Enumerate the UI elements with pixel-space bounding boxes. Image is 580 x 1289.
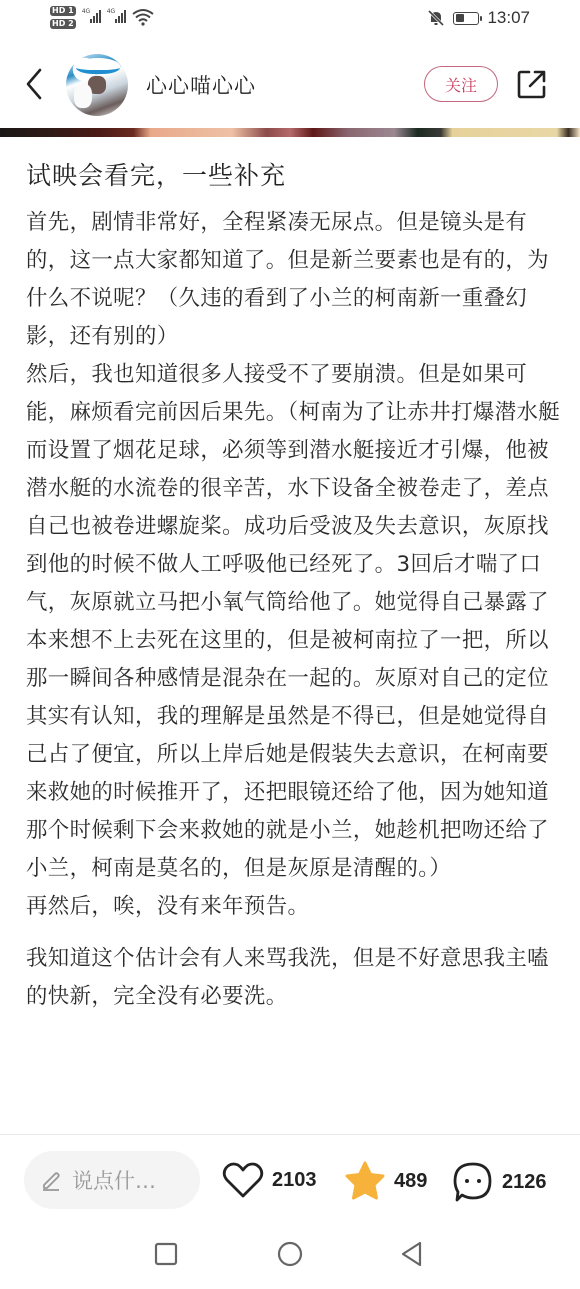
status-right: 13:07 — [427, 8, 530, 28]
username[interactable]: 心心喵心心 — [146, 70, 256, 100]
network-label: 4G — [107, 8, 115, 15]
paragraph: 然后，我也知道很多人接受不了要崩溃。但是如果可能，麻烦看完前因后果先。（柯南为了… — [26, 356, 562, 888]
wifi-icon — [132, 8, 154, 26]
status-left: HD 1 HD 2 4G 4G — [50, 6, 154, 29]
mute-bell-icon — [427, 9, 445, 27]
status-bar: HD 1 HD 2 4G 4G 13:07 — [0, 0, 580, 44]
signal-icon: 4G — [82, 10, 101, 23]
like-button[interactable]: 2103 — [222, 1161, 317, 1199]
favorite-count: 489 — [394, 1170, 427, 1193]
heart-icon — [222, 1161, 264, 1199]
post-title: 试映会看完，一些补充 — [26, 156, 286, 192]
sim2-badge: HD 2 — [50, 19, 76, 29]
favorite-button[interactable]: 489 — [344, 1161, 427, 1201]
share-external-icon[interactable] — [516, 68, 548, 100]
comment-count: 2126 — [502, 1171, 547, 1194]
triangle-back-icon[interactable] — [398, 1240, 426, 1268]
paragraph: 首先，剧情非常好，全程紧凑无尿点。但是镜头是有的，这一点大家都知道了。但是新兰要… — [26, 204, 562, 356]
follow-button[interactable]: 关注 — [424, 66, 498, 102]
battery-icon — [453, 12, 479, 25]
network-label: 4G — [82, 8, 90, 15]
clock: 13:07 — [487, 8, 530, 28]
system-nav-bar — [0, 1226, 580, 1289]
comment-bubble-icon — [452, 1161, 494, 1203]
post-body: 首先，剧情非常好，全程紧凑无尿点。但是镜头是有的，这一点大家都知道了。但是新兰要… — [26, 204, 562, 1016]
sim-indicators: HD 1 HD 2 — [50, 6, 76, 29]
like-count: 2103 — [272, 1169, 317, 1192]
sim1-badge: HD 1 — [50, 6, 76, 16]
chevron-left-icon[interactable] — [20, 66, 48, 102]
circle-icon[interactable] — [276, 1240, 304, 1268]
star-icon — [344, 1161, 386, 1201]
bottom-action-bar: 说点什… 2103 489 2126 — [0, 1134, 580, 1226]
square-icon[interactable] — [152, 1240, 180, 1268]
paragraph: 我知道这个估计会有人来骂我洗，但是不好意思我主嗑的快新，完全没有必要洗。 — [26, 940, 562, 1016]
comment-input[interactable]: 说点什… — [24, 1151, 200, 1209]
paragraph: 再然后，唉，没有来年预告。 — [26, 888, 562, 926]
comment-button[interactable]: 2126 — [452, 1161, 547, 1203]
top-nav: 心心喵心心 关注 — [0, 48, 580, 120]
comment-placeholder: 说点什… — [72, 1165, 156, 1195]
post-image[interactable] — [0, 128, 580, 137]
signal-icon: 4G — [107, 10, 126, 23]
avatar[interactable] — [66, 54, 128, 116]
pencil-icon — [40, 1169, 62, 1191]
